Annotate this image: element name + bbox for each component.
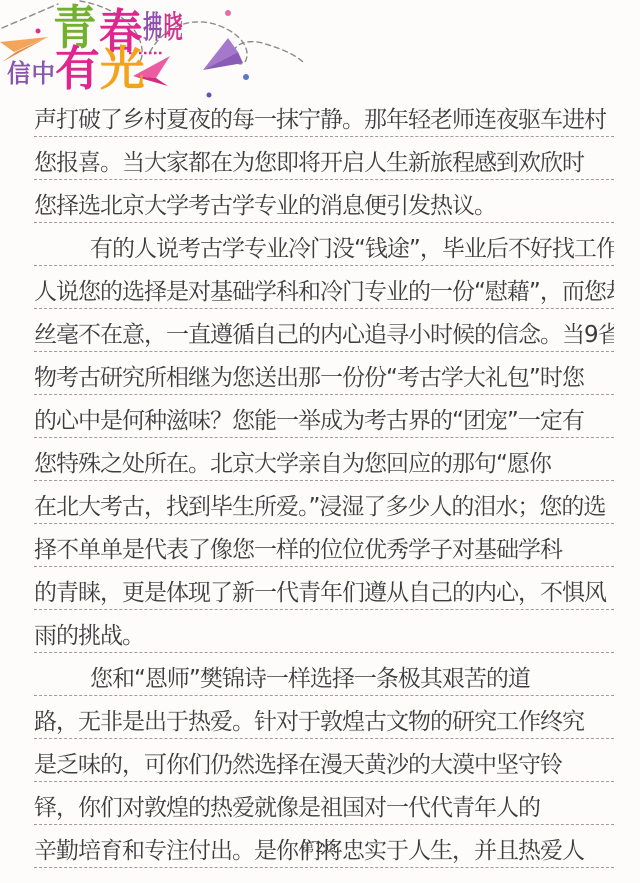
page-footer: 第2页: [0, 837, 640, 856]
handwriting-line: 丝毫不在意，一直遵循自己的内心追寻小时候的信念。当9省文: [34, 309, 614, 352]
confetti-dot: [243, 74, 249, 80]
handwriting-line: 路，无非是出于热爱。针对于敦煌古文物的研究工作终究: [34, 696, 614, 739]
handwriting-line: 是乏味的，可你们仍然选择在漫天黄沙的大漠中坚守铃: [34, 739, 614, 782]
handwriting-line: 有的人说考古学专业冷门没“钱途”，毕业后不好找工作。也有: [34, 223, 614, 266]
handwriting-line: 的青睐，更是体现了新一代青年们遵从自己的内心，不惧风: [34, 567, 614, 610]
logo-char-xiao: 晓: [163, 10, 183, 46]
handwriting-line: 物考古研究所相继为您送出那一份份“考古学大礼包”时您: [34, 352, 614, 395]
handwriting-line: 的心中是何种滋味？您能一举成为考古界的“团宠”一定有: [34, 395, 614, 438]
handwriting-line: 您报喜。当大家都在为您即将开启人生新旅程感到欢欣时: [34, 137, 614, 180]
logo-chars-xinzhong: 信中: [7, 61, 56, 86]
handwriting-line: 人说您的选择是对基础学科和冷门专业的一份“慰藉”，而您却: [34, 266, 614, 309]
dashed-flight-path: [2, 4, 58, 28]
page-number: 第2页: [301, 841, 338, 856]
purple-paper-plane-icon: [203, 38, 243, 70]
handwriting-line: 您择选北京大学考古学专业的消息便引发热议。: [34, 180, 614, 223]
handwriting-line: 铎，你们对敦煌的热爱就像是祖国对一代代青年人的: [34, 782, 614, 825]
logo-char-you: 有: [55, 46, 100, 93]
logo-chars-fuxiao: 拂晓: [143, 13, 184, 44]
handwriting-line: 择不单单是代表了像您一样的位位优秀学子对基础学科: [34, 524, 614, 567]
handwriting-line: 声打破了乡村夏夜的每一抹宁静。那年轻老师连夜驱车进村 向: [34, 94, 614, 137]
handwriting-line: 在北大考古，找到毕生所爱。”浸湿了多少人的泪水；您的选: [34, 481, 614, 524]
letter-body: 声打破了乡村夏夜的每一抹宁静。那年轻老师连夜驱车进村 向 您报喜。当大家都在为您…: [34, 94, 614, 868]
handwriting-line: 您和“恩师”樊锦诗一样选择一条极其艰苦的道: [34, 653, 614, 696]
confetti-dot: [36, 29, 41, 34]
logo-char-guang: 光: [100, 46, 145, 93]
confetti-dot: [225, 10, 231, 16]
letter-page: 青 春 拂晓 信中 有 光 声打破了乡村夏夜的每一抹宁静。那年轻老师连夜驱车进村…: [0, 0, 640, 883]
handwriting-line: 雨的挑战。: [34, 610, 614, 653]
logo-char-fu: 拂: [143, 10, 163, 46]
handwriting-line: 您特殊之处所在。北京大学亲自为您回应的那句“愿你: [34, 438, 614, 481]
